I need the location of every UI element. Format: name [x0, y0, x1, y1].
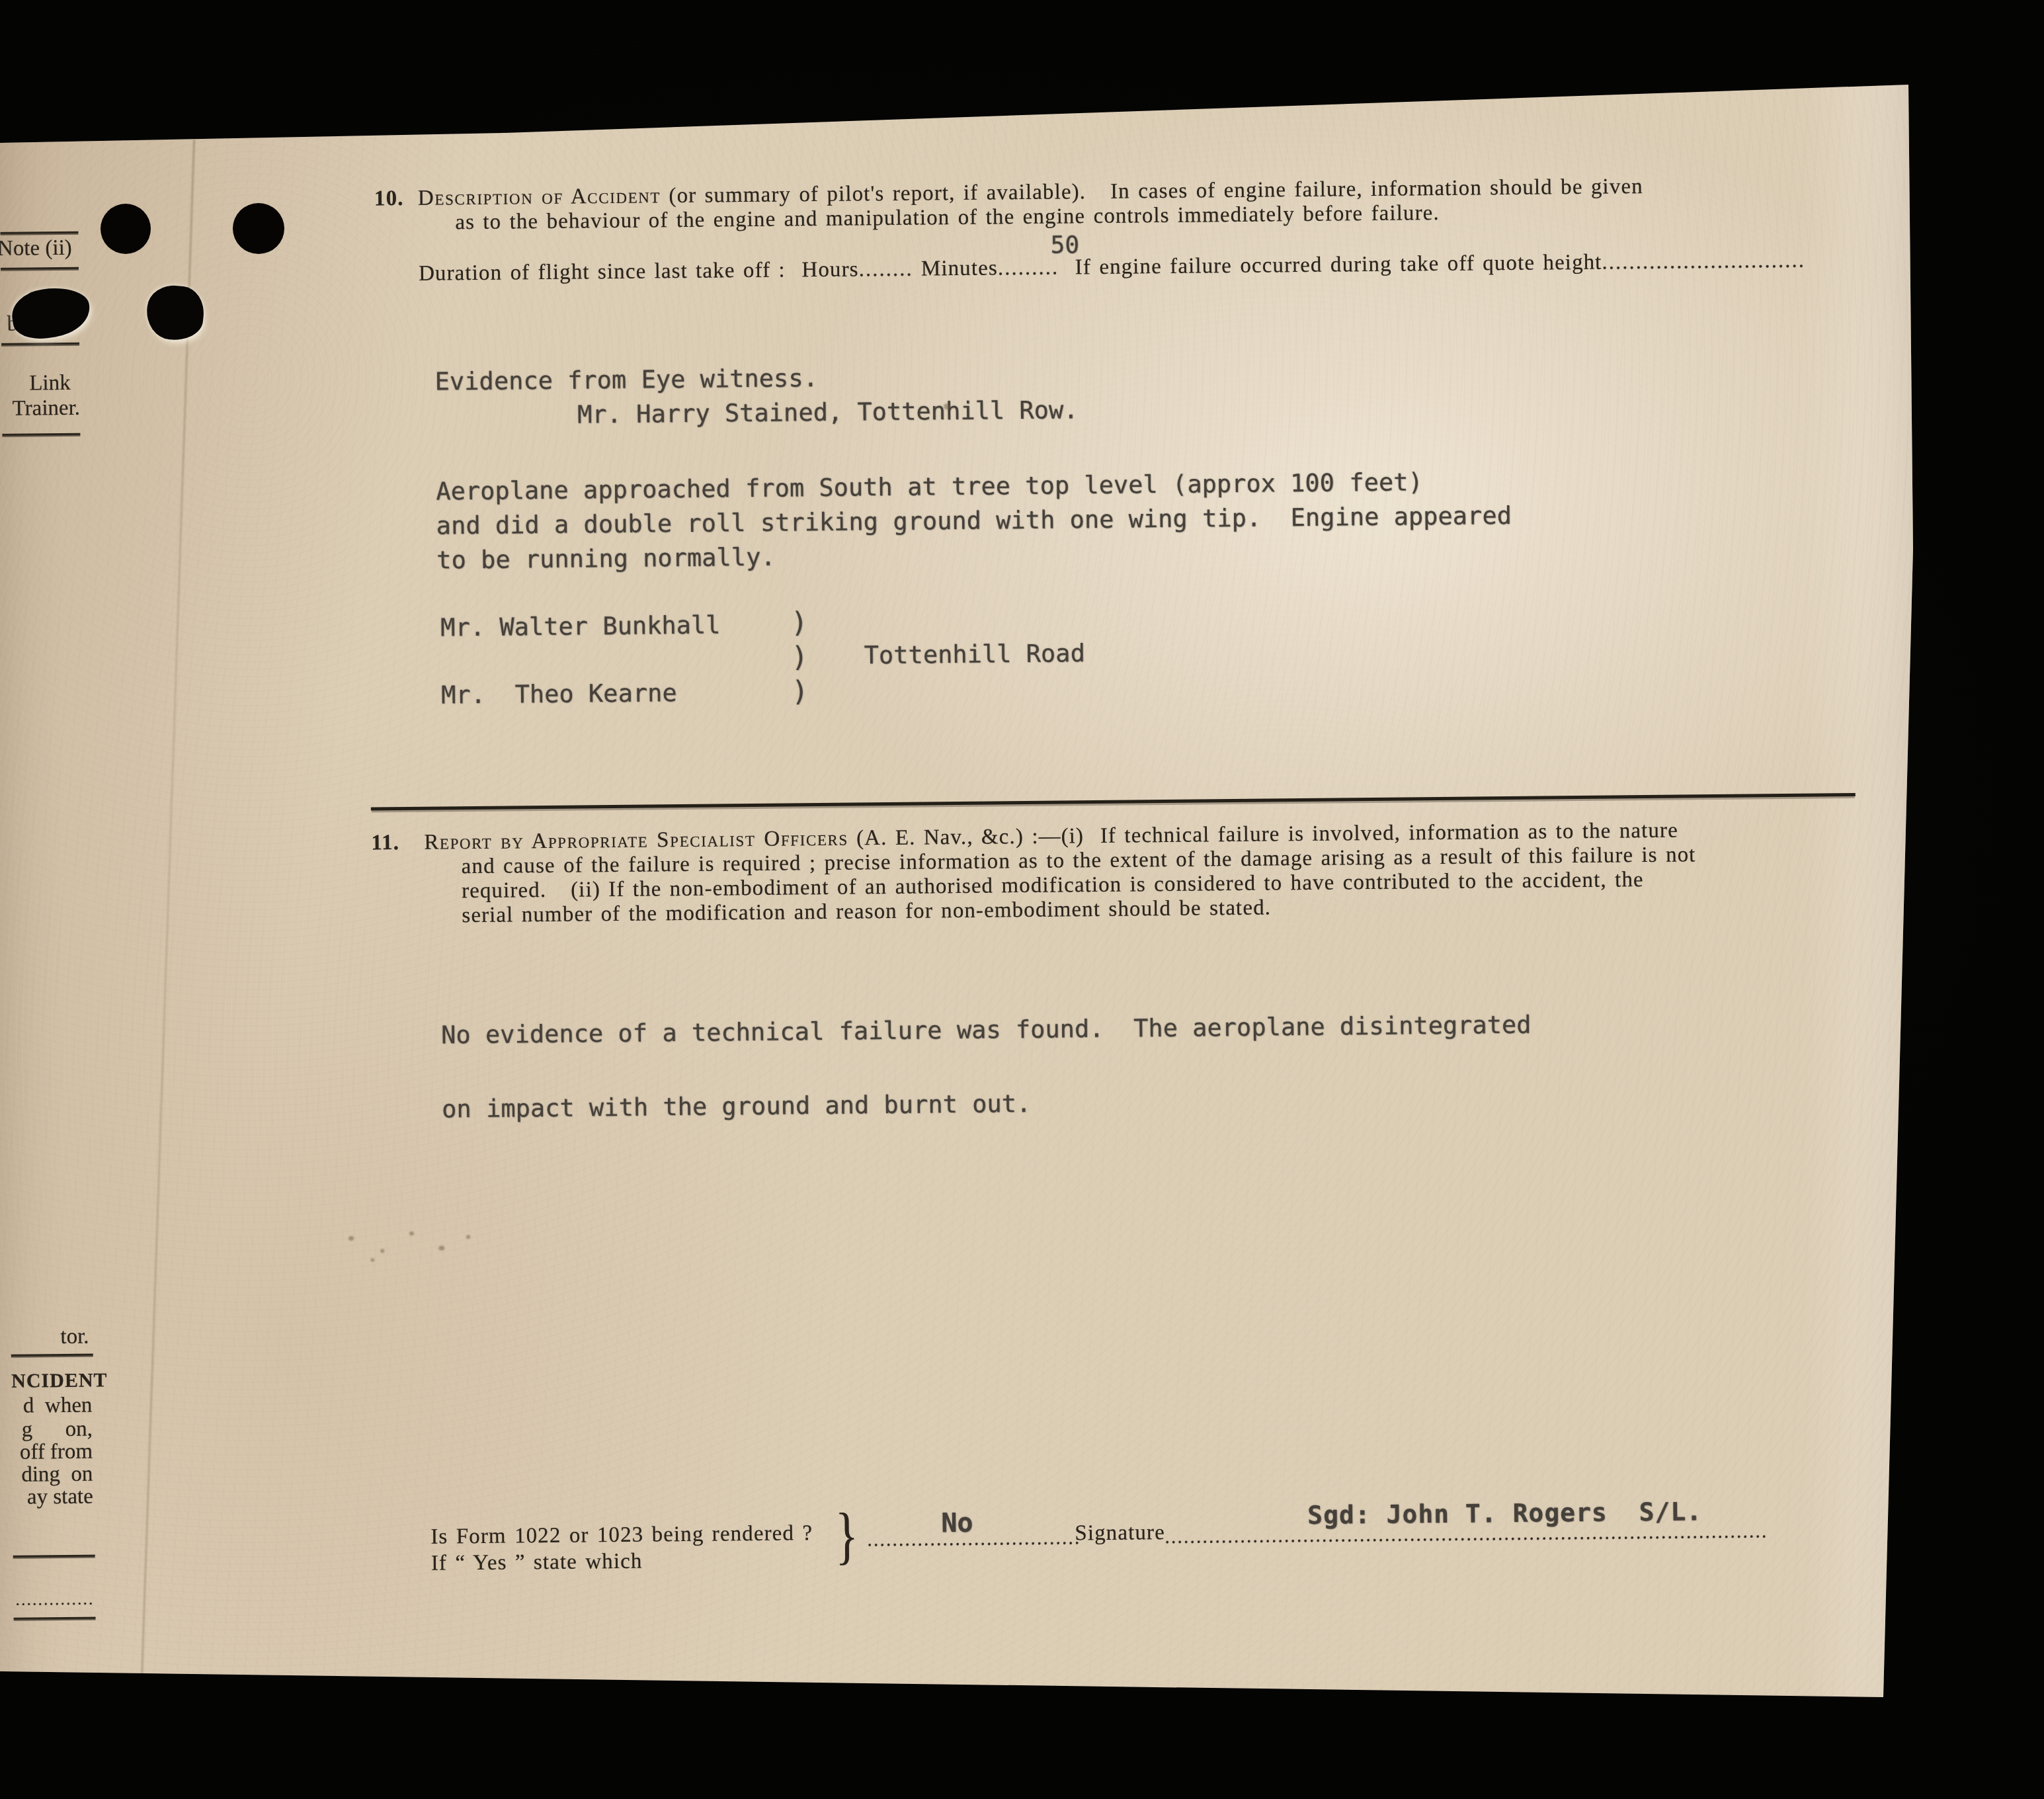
- strip-rule: [14, 1617, 96, 1621]
- strip-fragment-off-from: off from: [12, 1440, 93, 1465]
- section-divider-rule: [371, 793, 1856, 811]
- punch-hole: [233, 203, 284, 254]
- typed-witness-address: Tottenhill Road: [864, 639, 1085, 669]
- signature-value: Sgd: John T. Rogers S/L.: [1307, 1497, 1702, 1530]
- paper-speckle: [409, 1232, 414, 1235]
- section-10-heading-rest: (or summary of pilot's report, if availa…: [661, 175, 1643, 208]
- strip-fragment-ding-on: ding on: [12, 1462, 93, 1487]
- paper-speckle: [380, 1249, 384, 1253]
- brace-char-1: ): [791, 606, 808, 638]
- strip-fragment-d-when: d when: [11, 1394, 92, 1419]
- typed-report-line1: No evidence of a technical failure was f…: [441, 1011, 1532, 1050]
- section-10-title: Description of Accident: [418, 184, 661, 210]
- form-question-line2: If “ Yes ” state which: [431, 1550, 643, 1576]
- brace-char-3: ): [792, 675, 809, 707]
- paper-speckle: [370, 1258, 374, 1261]
- footer-brace: }: [835, 1498, 859, 1571]
- typed-evidence-title: Evidence from Eye witness.: [434, 364, 818, 396]
- scanned-form-page: Note (ii) (see be Link Trainer. tor. NCI…: [0, 0, 1918, 1799]
- answer-dotted-field: ..................................: [867, 1527, 1081, 1551]
- answer-value: No: [941, 1508, 973, 1538]
- typed-witness1: Mr. Harry Stained, Tottenhill Row.: [577, 396, 1079, 429]
- hours-field: ........: [858, 257, 913, 282]
- section-10-number: 10.: [374, 187, 404, 211]
- strip-fragment-link: Link: [0, 371, 71, 396]
- minutes-label: Minutes: [913, 256, 998, 280]
- minutes-value: 50: [1051, 231, 1080, 259]
- typed-para-line1: Aeroplane approached from South at tree …: [436, 468, 1423, 505]
- typed-witness-b: Mr. Theo Kearne: [441, 679, 677, 709]
- hours-label: Hours: [801, 257, 859, 282]
- takeoff-height-note: If engine failure occurred during take o…: [1059, 251, 1602, 280]
- strip-rule: [1, 267, 79, 271]
- paper-fold-crease: [141, 140, 195, 1680]
- typed-witness-a: Mr. Walter Bunkhall: [440, 610, 721, 642]
- height-field: ..............................: [1602, 249, 1805, 274]
- brace-char-2: ): [791, 640, 808, 673]
- strip-rule: [0, 231, 78, 235]
- strip-rule: [2, 433, 80, 437]
- strip-fragment-ay-state: ay state: [13, 1485, 93, 1510]
- section-11-number: 11.: [371, 831, 399, 855]
- ink-speck: [944, 403, 950, 409]
- strip-fragment-trainer: Trainer.: [0, 396, 80, 421]
- punch-hole: [101, 204, 151, 254]
- signature-label: Signature: [1075, 1521, 1165, 1546]
- form-question-line1: Is Form 1022 or 1023 being rendered ?: [430, 1521, 813, 1550]
- duration-label: Duration of flight since last take off :: [419, 258, 802, 286]
- paper-speckle: [466, 1235, 470, 1239]
- typed-para-line2: and did a double roll striking ground wi…: [436, 501, 1512, 540]
- strip-fragment-ncident: NCIDENT: [11, 1370, 92, 1393]
- typed-report-line2: on impact with the ground and burnt out.: [442, 1089, 1031, 1124]
- paper-speckle: [438, 1245, 444, 1250]
- duration-of-flight-line: Duration of flight since last take off :…: [419, 249, 1805, 286]
- minutes-field: .........: [998, 255, 1059, 280]
- section-11-title: Report by Appropriate Specialist Officer…: [424, 827, 848, 855]
- form-content-layer: Note (ii) (see be Link Trainer. tor. NCI…: [0, 0, 1933, 1799]
- strip-fragment-tor: tor.: [8, 1325, 89, 1350]
- paper-speckle: [348, 1236, 354, 1241]
- strip-rule: [11, 1354, 93, 1358]
- strip-rule: [13, 1555, 95, 1559]
- strip-fragment-g-on: g on,: [12, 1417, 93, 1443]
- strip-fragment-note: Note (ii): [0, 236, 72, 261]
- typed-para-line3: to be running normally.: [436, 543, 776, 575]
- strip-dotted-line: ..............: [13, 1589, 94, 1610]
- strip-rule: [1, 343, 79, 347]
